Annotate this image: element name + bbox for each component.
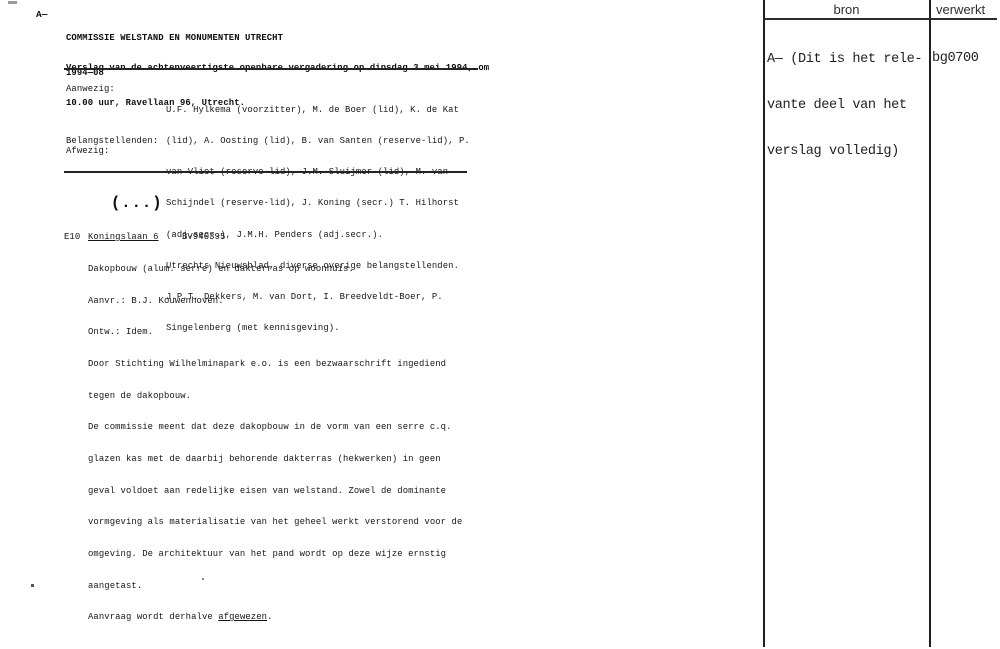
case-decision-prefix: Aanvraag wordt derhalve — [88, 612, 218, 622]
attendance-line: (lid), A. Oosting (lid), B. van Santen (… — [166, 136, 470, 146]
case-body-line: vormgeving als materialisatie van het ge… — [88, 517, 462, 528]
case-body-line: aangetast. — [88, 581, 462, 592]
case-body-line: geval voldoet aan redelijke eisen van we… — [88, 486, 462, 497]
case-body-line: omgeving. De architektuur van het pand w… — [88, 549, 462, 560]
case-address: Koningslaan 6 — [88, 232, 159, 242]
column-divider-line — [929, 0, 931, 647]
attendance-line: Schijndel (reserve-lid), J. Koning (secr… — [166, 198, 470, 208]
bron-note-line: A— (Dit is het rele- — [767, 52, 922, 67]
horizontal-divider-line — [64, 171, 467, 173]
case-item-code: E10 — [64, 232, 80, 242]
column-header-bron: bron — [764, 2, 929, 17]
scanned-document-page: A— COMMISSIE WELSTAND EN MONUMENTEN UTRE… — [0, 0, 1000, 649]
column-header-underline — [763, 18, 997, 20]
case-decision-line: Aanvraag wordt derhalve afgewezen. — [88, 612, 462, 623]
case-body-line: tegen de dakopbouw. — [88, 391, 462, 402]
bron-annotation-note: A— (Dit is het rele- vante deel van het … — [767, 21, 922, 190]
attendance-label-interested: Belangstellenden: — [66, 136, 158, 146]
scan-speck — [31, 584, 34, 587]
case-decision-word: afgewezen — [218, 612, 267, 622]
case-file-number: BV940395 — [182, 232, 225, 242]
attendance-line: U.F. Hylkema (voorzitter), M. de Boer (l… — [166, 105, 470, 115]
case-body-line: Door Stichting Wilhelminapark e.o. is ee… — [88, 359, 462, 370]
scan-speck — [8, 1, 17, 4]
attendance-label-absent: Afwezig: — [66, 146, 109, 156]
column-divider-line — [763, 0, 765, 647]
case-body-line: Dakopbouw (alum. serre) en dakterras op … — [88, 264, 462, 275]
column-header-verwerkt: verwerkt — [936, 2, 985, 17]
omission-ellipsis: (...) — [111, 198, 163, 208]
case-decision-suffix: . — [267, 612, 272, 622]
case-body-line: glazen kas met de daarbij behorende dakt… — [88, 454, 462, 465]
verwerkt-code: bg0700 — [932, 51, 979, 66]
case-body-line: Ontw.: Idem. — [88, 327, 462, 338]
margin-marker: A— — [36, 10, 48, 20]
bron-note-line: vante deel van het — [767, 98, 922, 113]
case-body-text: Dakopbouw (alum. serre) en dakterras op … — [88, 243, 462, 644]
case-body-line: Aanvr.: B.J. Kouwenhoven. — [88, 296, 462, 307]
scan-speck — [202, 578, 204, 580]
case-body-line: De commissie meent dat deze dakopbouw in… — [88, 422, 462, 433]
bron-note-line: verslag volledig) — [767, 144, 922, 159]
horizontal-divider-line — [64, 68, 478, 70]
attendance-label-present: Aanwezig: — [66, 84, 115, 94]
